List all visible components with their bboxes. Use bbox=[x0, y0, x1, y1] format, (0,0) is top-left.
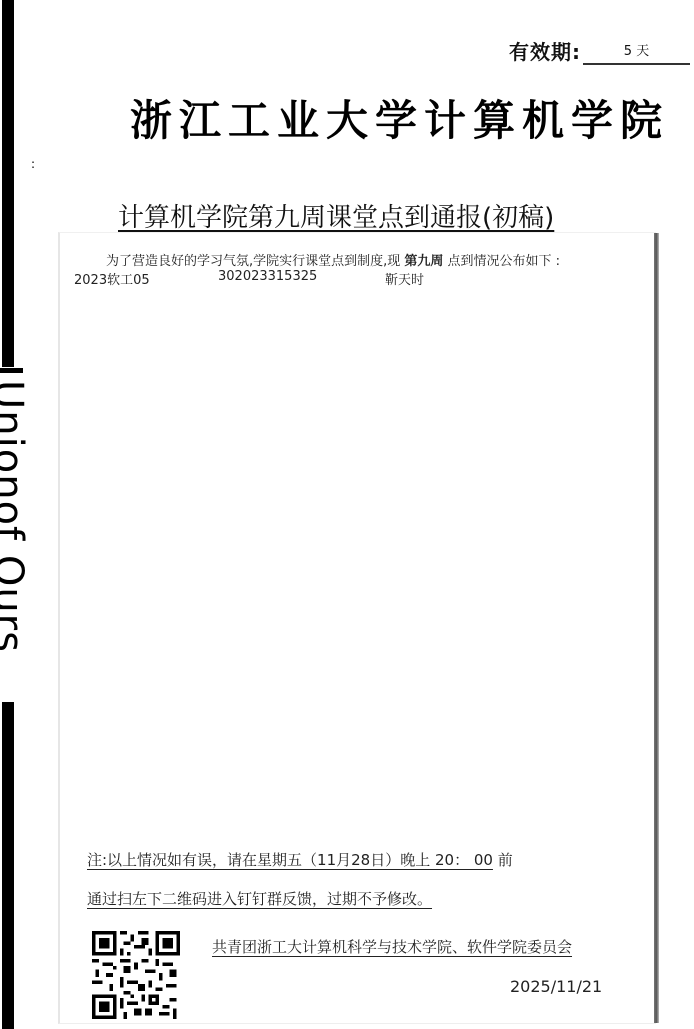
issue-date: 2025/11/21 bbox=[510, 977, 602, 996]
notice-line-1: 注:以上情况如有误，请在星期五（11月28日）晚上 20： 00 前 bbox=[87, 849, 513, 870]
validity-period: 有效期: 5 天 bbox=[509, 36, 690, 65]
intro-text: 为了营造良好的学习气氛,学院实行课堂点到制度,现 第九周 点到情况公布如下 : bbox=[106, 250, 560, 269]
intro-prefix: 为了营造良好的学习气氛,学院实行课堂点到制度,现 bbox=[106, 254, 404, 269]
intro-week: 第九周 bbox=[404, 254, 443, 269]
record-class: 2023软工05 bbox=[74, 269, 218, 288]
validity-value: 5 天 bbox=[583, 40, 690, 65]
record-row: 2023软工05 302023315325 靳天时 bbox=[74, 269, 424, 288]
left-decor-bar-bottom bbox=[2, 702, 14, 1029]
page-subtitle: 计算机学院第九周课堂点到通报(初稿) bbox=[118, 197, 554, 234]
left-decor-dash bbox=[0, 368, 23, 373]
intro-suffix: 点到情况公布如下 : bbox=[443, 254, 560, 269]
left-colon-mark: : bbox=[31, 157, 35, 171]
notice-line-1-main: 注:以上情况如有误，请在星期五（11月28日）晚上 20： 00 bbox=[87, 851, 493, 869]
content-box: 为了营造良好的学习气氛,学院实行课堂点到制度,现 第九周 点到情况公布如下 : … bbox=[58, 232, 656, 1024]
organization-name: 共青团浙工大计算机科学与技术学院、软件学院委员会 bbox=[212, 936, 572, 957]
notice-page: Unionof Ours : 有效期: 5 天 浙江工业大学计算机学院 计算机学… bbox=[0, 0, 694, 1029]
record-student-id: 302023315325 bbox=[218, 269, 385, 288]
notice-line-1-tail: 前 bbox=[493, 851, 513, 869]
record-name: 靳天时 bbox=[385, 269, 424, 288]
notice-line-2: 通过扫左下二维码进入钉钉群反馈，过期不予修改。 bbox=[87, 888, 432, 909]
validity-label: 有效期: bbox=[509, 36, 581, 65]
side-vertical-text: Unionof Ours bbox=[0, 380, 23, 700]
left-decor-bar-top bbox=[2, 0, 14, 367]
page-title: 浙江工业大学计算机学院 bbox=[130, 88, 669, 148]
qr-code-icon[interactable] bbox=[92, 931, 180, 1019]
